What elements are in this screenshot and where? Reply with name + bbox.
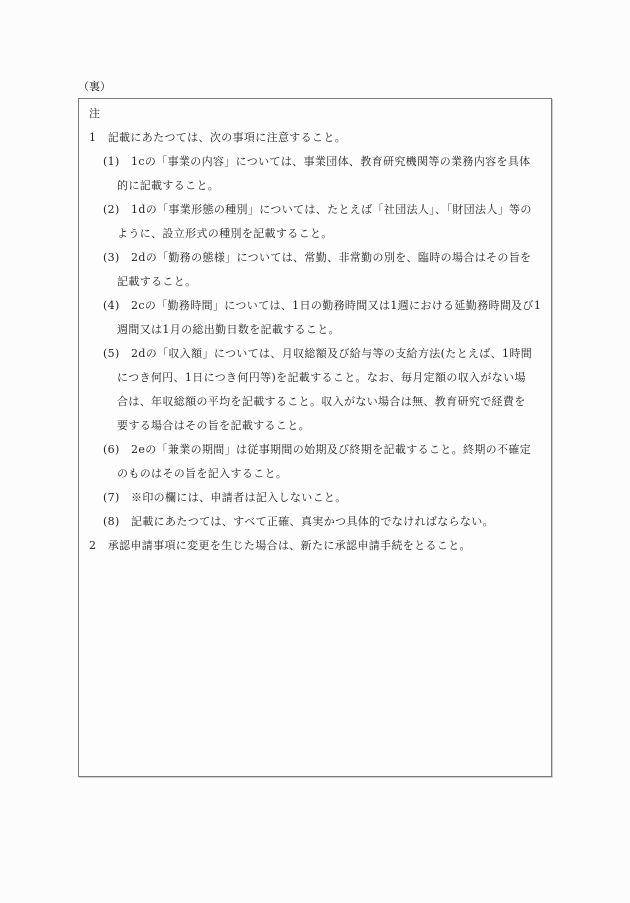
sub-note-4-cont: 週間又は1月の総出勤日数を記載すること。: [117, 323, 340, 337]
sub-note-7: (7) ※印の欄には、申請者は記入しないこと。: [103, 491, 347, 505]
sub-note-1-cont: 的に記載すること。: [117, 179, 219, 193]
sub-note-5-cont-2: 合は、年収総額の平均を記載すること。収入がない場合は無、教育研究で経費を: [117, 395, 526, 409]
sub-note-3: (3) 2dの「勤務の態様」については、常勤、非常勤の別を、臨時の場合はその旨を: [103, 251, 531, 265]
sub-note-5: (5) 2dの「収入額」については、月収総額及び給与等の支給方法(たとえば、1時…: [103, 347, 532, 361]
note-item-2: 2 承認申請事項に変更を生じた場合は、新たに承認申請手続をとること。: [89, 539, 471, 553]
sub-note-2: (2) 1dの「事業形態の種別」については、たとえば「社団法人」、「財団法人」等…: [103, 203, 532, 217]
sub-note-6-cont: のものはその旨を記入すること。: [117, 467, 287, 481]
sub-note-5-cont-1: につき何円、1日につき何円等)を記載すること。なお、毎月定額の収入がない場: [117, 371, 526, 385]
note-item-1: 1 記載にあたつては、次の事項に注意すること。: [89, 131, 346, 145]
sub-note-2-cont: ように、設立形式の種別を記載すること。: [117, 227, 333, 241]
sub-note-5-cont-3: 要する場合はその旨を記載すること。: [117, 419, 310, 433]
notes-heading: 注: [89, 107, 100, 121]
sub-note-3-cont: 記載すること。: [117, 275, 196, 289]
sub-note-6: (6) 2eの「兼業の期間」は従事期間の始期及び終期を記載すること。終期の不確定: [103, 443, 531, 457]
sub-note-1: (1) 1cの「事業の内容」については、事業団体、教育研究機関等の業務内容を具体: [103, 155, 531, 169]
sub-note-4: (4) 2cの「勤務時間」については、1日の勤務時間又は1週における延勤務時間及…: [103, 299, 541, 313]
sub-note-8: (8) 記載にあたつては、すべて正確、真実かつ具体的でなければならない。: [103, 515, 494, 529]
notes-box: 注 1 記載にあたつては、次の事項に注意すること。 (1) 1cの「事業の内容」…: [78, 98, 552, 777]
page-side-label: （裏）: [78, 80, 111, 94]
